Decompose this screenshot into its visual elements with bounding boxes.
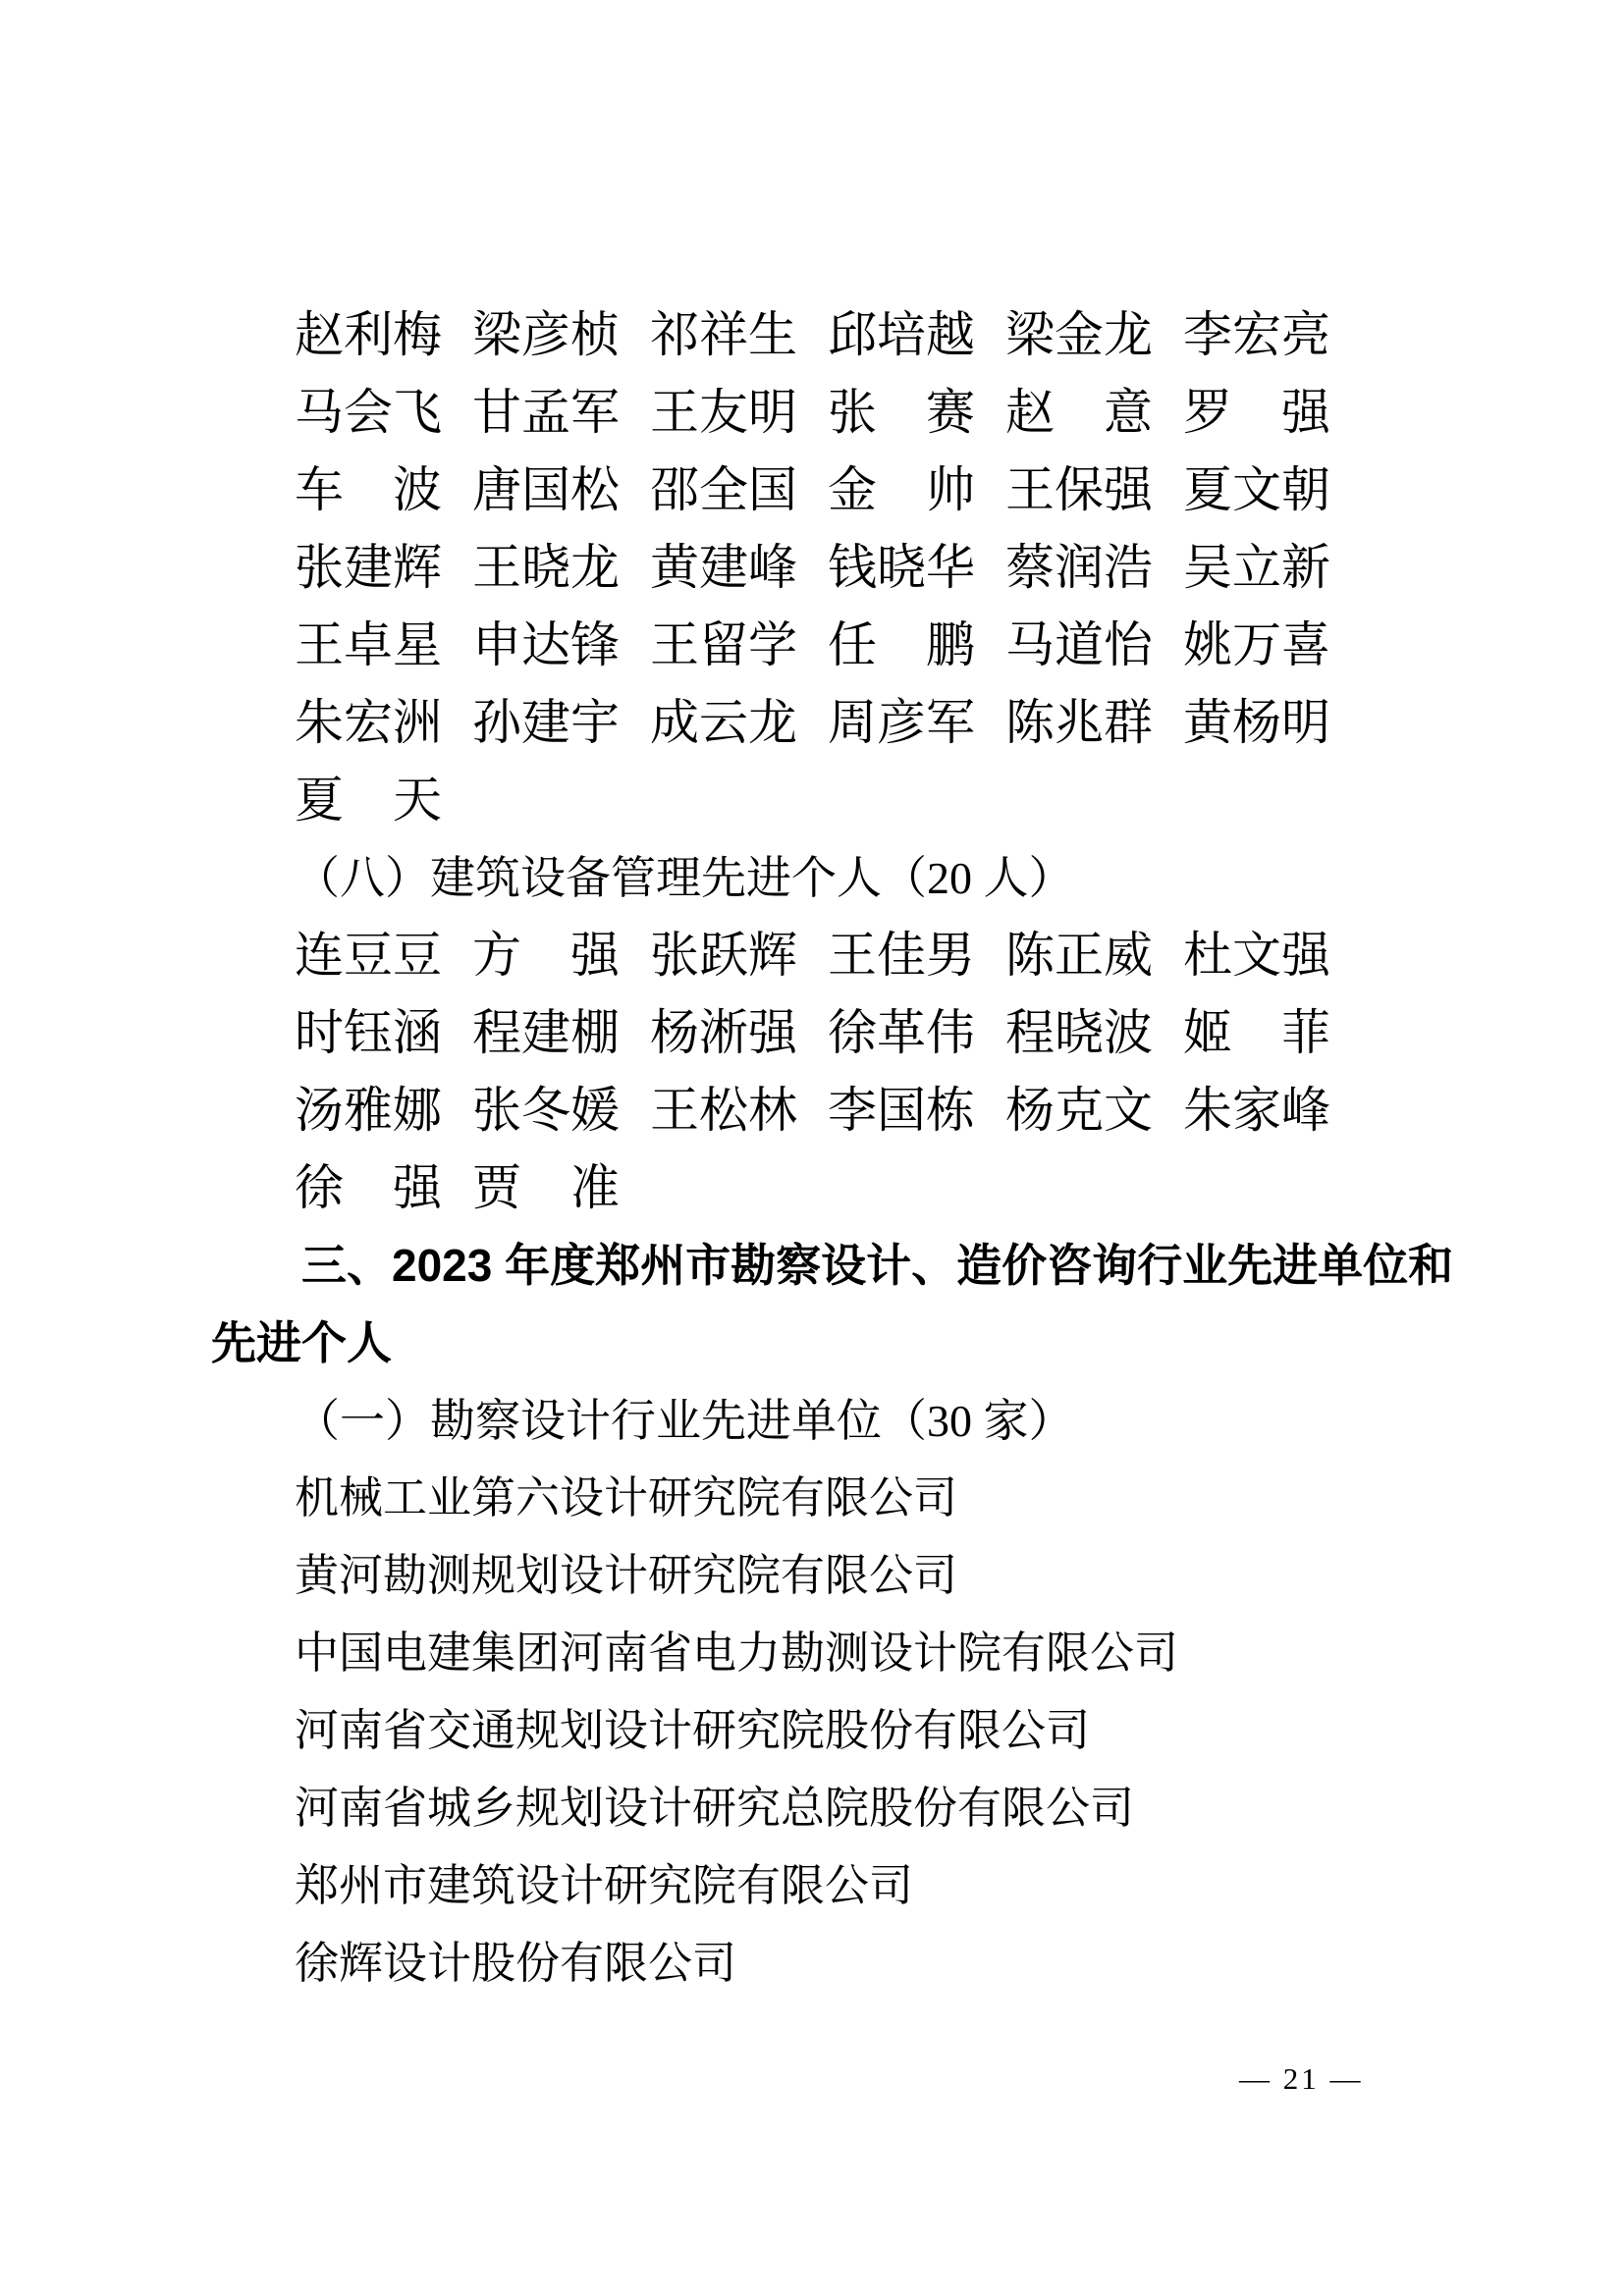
person-name: 赵利梅 — [295, 296, 442, 374]
section-8-roster: 连豆豆方 强张跃辉王佳男陈正威杜文强时钰涵程建棚杨淅强徐革伟程晓波姬 菲汤雅娜张… — [211, 917, 1417, 1227]
name-row: 朱宏洲孙建宇成云龙周彦军陈兆群黄杨明 — [211, 684, 1417, 762]
company-list: 机械工业第六设计研究院有限公司黄河勘测规划设计研究院有限公司中国电建集团河南省电… — [211, 1460, 1417, 2002]
person-name: 陈正威 — [1005, 917, 1153, 994]
company-line: 徐辉设计股份有限公司 — [211, 1925, 1417, 2002]
company-line: 中国电建集团河南省电力勘测设计院有限公司 — [211, 1615, 1417, 1692]
person-name: 李国栋 — [828, 1072, 975, 1149]
person-name: 罗 强 — [1183, 374, 1330, 452]
name-row: 时钰涵程建棚杨淅强徐革伟程晓波姬 菲 — [211, 994, 1417, 1072]
person-name: 徐革伟 — [828, 994, 975, 1072]
person-name: 周彦军 — [828, 684, 975, 762]
person-name: 王保强 — [1005, 452, 1153, 529]
person-name: 梁金龙 — [1005, 296, 1153, 374]
person-name: 赵 意 — [1005, 374, 1153, 452]
person-name: 钱晓华 — [828, 529, 975, 607]
person-name: 姚万喜 — [1183, 607, 1330, 684]
person-name: 李宏亮 — [1183, 296, 1330, 374]
roster-continued: 赵利梅梁彦桢祁祥生邱培越梁金龙李宏亮马会飞甘孟军王友明张 赛赵 意罗 强车 波唐… — [211, 296, 1417, 839]
person-name: 夏文朝 — [1183, 452, 1330, 529]
person-name: 申达锋 — [472, 607, 620, 684]
person-name: 王晓龙 — [472, 529, 620, 607]
person-name: 时钰涵 — [295, 994, 442, 1072]
person-name: 张 赛 — [828, 374, 975, 452]
person-name: 黄杨明 — [1183, 684, 1330, 762]
name-row: 连豆豆方 强张跃辉王佳男陈正威杜文强 — [211, 917, 1417, 994]
person-name: 陈兆群 — [1005, 684, 1153, 762]
person-name: 王友明 — [650, 374, 797, 452]
person-name: 方 强 — [472, 917, 620, 994]
company-line: 河南省城乡规划设计研究总院股份有限公司 — [211, 1770, 1417, 1847]
person-name: 徐 强 — [295, 1149, 442, 1227]
name-row: 张建辉王晓龙黄建峰钱晓华蔡润浩吴立新 — [211, 529, 1417, 607]
person-name: 马会飞 — [295, 374, 442, 452]
person-name: 姬 菲 — [1183, 994, 1330, 1072]
company-line: 黄河勘测规划设计研究院有限公司 — [211, 1537, 1417, 1615]
person-name: 孙建宇 — [472, 684, 620, 762]
person-name: 张冬媛 — [472, 1072, 620, 1149]
document-body: 赵利梅梁彦桢祁祥生邱培越梁金龙李宏亮马会飞甘孟军王友明张 赛赵 意罗 强车 波唐… — [211, 296, 1417, 2002]
name-row: 赵利梅梁彦桢祁祥生邱培越梁金龙李宏亮 — [211, 296, 1417, 374]
company-line: 机械工业第六设计研究院有限公司 — [211, 1460, 1417, 1537]
name-row: 徐 强贾 准 — [211, 1149, 1417, 1227]
person-name: 王佳男 — [828, 917, 975, 994]
person-name: 杨克文 — [1005, 1072, 1153, 1149]
section-3-heading-line-1: 三、2023 年度郑州市勘察设计、造价咨询行业先进单位和 — [211, 1227, 1417, 1305]
name-row: 车 波唐国松邵全国金 帅王保强夏文朝 — [211, 452, 1417, 529]
section-3-heading-line-2: 先进个人 — [211, 1305, 1417, 1382]
person-name: 梁彦桢 — [472, 296, 620, 374]
person-name: 邵全国 — [650, 452, 797, 529]
person-name: 王卓星 — [295, 607, 442, 684]
person-name: 王留学 — [650, 607, 797, 684]
person-name: 金 帅 — [828, 452, 975, 529]
company-line: 郑州市建筑设计研究院有限公司 — [211, 1847, 1417, 1925]
document-page: 赵利梅梁彦桢祁祥生邱培越梁金龙李宏亮马会飞甘孟军王友明张 赛赵 意罗 强车 波唐… — [0, 0, 1624, 2296]
person-name: 任 鹏 — [828, 607, 975, 684]
person-name: 杨淅强 — [650, 994, 797, 1072]
person-name: 吴立新 — [1183, 529, 1330, 607]
name-row: 马会飞甘孟军王友明张 赛赵 意罗 强 — [211, 374, 1417, 452]
person-name: 甘孟军 — [472, 374, 620, 452]
person-name: 马道怡 — [1005, 607, 1153, 684]
page-number: — 21 — — [1239, 2061, 1364, 2097]
person-name: 连豆豆 — [295, 917, 442, 994]
person-name: 唐国松 — [472, 452, 620, 529]
name-row: 夏 天 — [211, 762, 1417, 839]
person-name: 程晓波 — [1005, 994, 1153, 1072]
person-name: 夏 天 — [295, 762, 442, 839]
section-8-heading: （八）建筑设备管理先进个人（20 人） — [211, 839, 1417, 917]
person-name: 贾 准 — [472, 1149, 620, 1227]
person-name: 邱培越 — [828, 296, 975, 374]
name-row: 汤雅娜张冬媛王松林李国栋杨克文朱家峰 — [211, 1072, 1417, 1149]
section-3-1-heading: （一）勘察设计行业先进单位（30 家） — [211, 1382, 1417, 1460]
person-name: 汤雅娜 — [295, 1072, 442, 1149]
person-name: 张建辉 — [295, 529, 442, 607]
person-name: 杜文强 — [1183, 917, 1330, 994]
person-name: 张跃辉 — [650, 917, 797, 994]
person-name: 蔡润浩 — [1005, 529, 1153, 607]
person-name: 车 波 — [295, 452, 442, 529]
person-name: 朱家峰 — [1183, 1072, 1330, 1149]
company-line: 河南省交通规划设计研究院股份有限公司 — [211, 1692, 1417, 1770]
person-name: 成云龙 — [650, 684, 797, 762]
name-row: 王卓星申达锋王留学任 鹏马道怡姚万喜 — [211, 607, 1417, 684]
person-name: 祁祥生 — [650, 296, 797, 374]
person-name: 王松林 — [650, 1072, 797, 1149]
person-name: 黄建峰 — [650, 529, 797, 607]
person-name: 朱宏洲 — [295, 684, 442, 762]
person-name: 程建棚 — [472, 994, 620, 1072]
